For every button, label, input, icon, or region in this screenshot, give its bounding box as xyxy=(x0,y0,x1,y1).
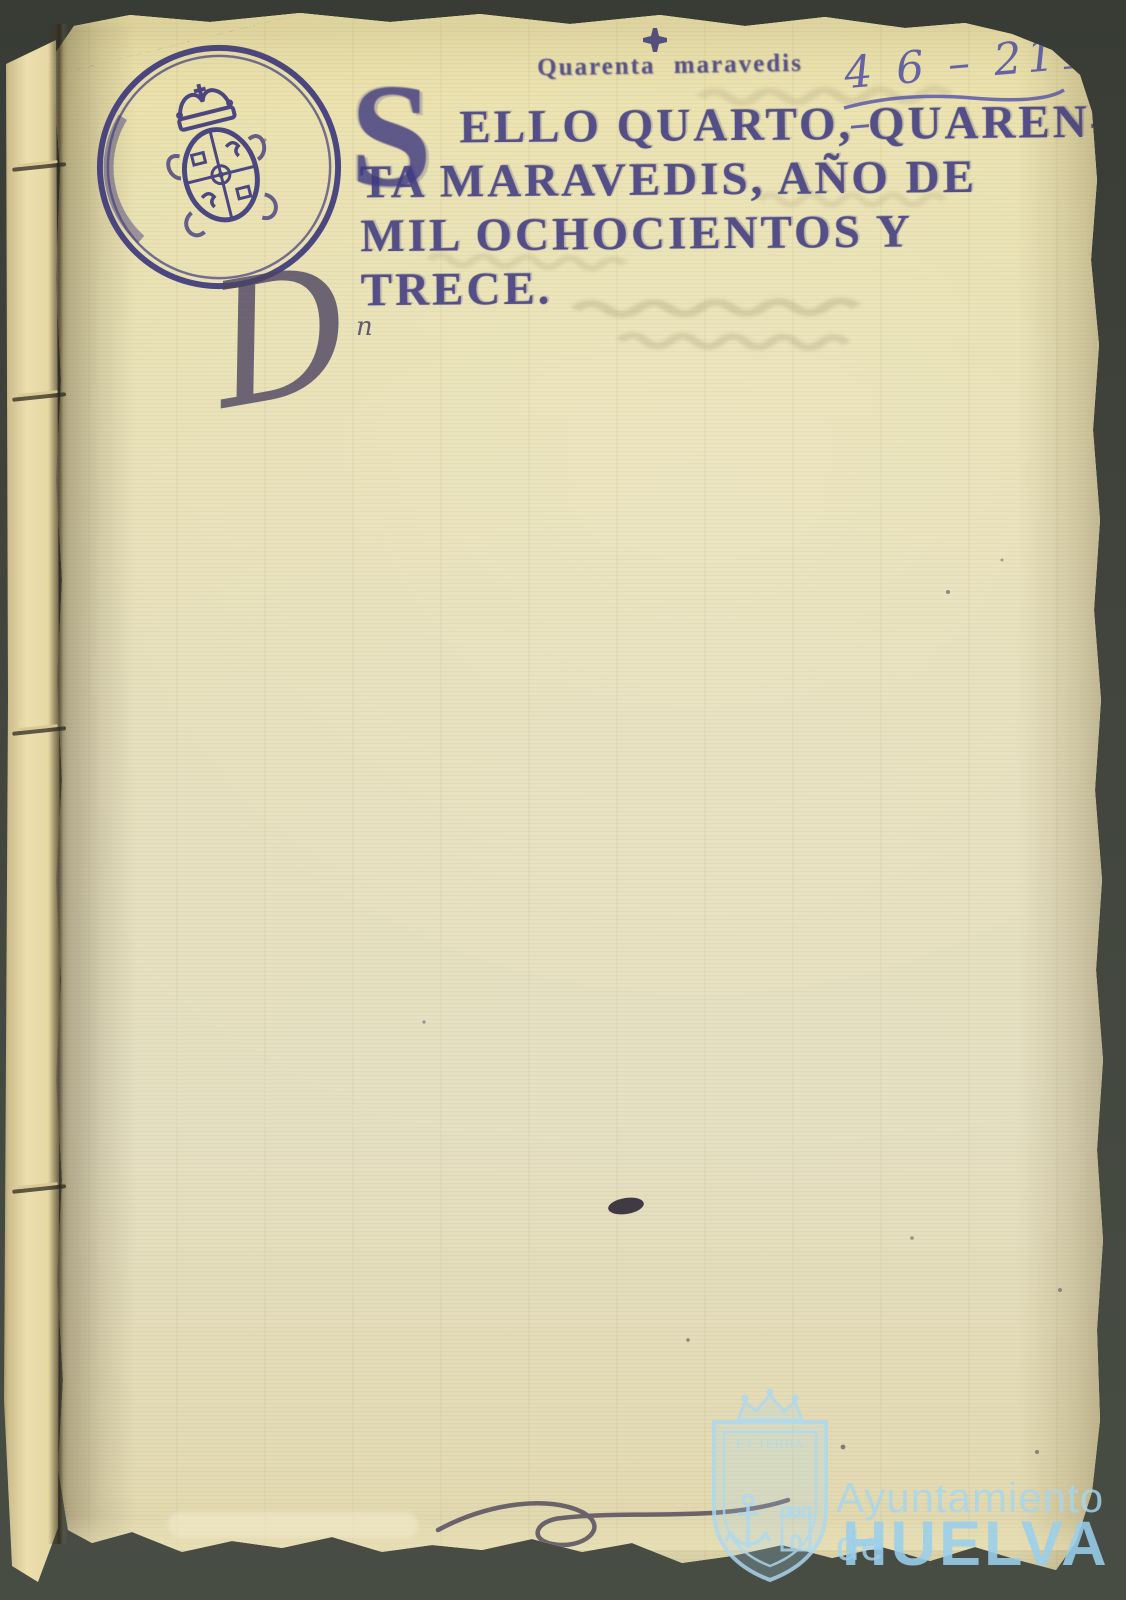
paper-sheet: MONARCH. HISP. REX. FERD. VII. D. G. ET … xyxy=(0,0,1126,1600)
document-scan: MONARCH. HISP. REX. FERD. VII. D. G. ET … xyxy=(0,0,1126,1600)
binding-crease xyxy=(48,24,68,1544)
edge-vignette xyxy=(0,0,1126,1600)
